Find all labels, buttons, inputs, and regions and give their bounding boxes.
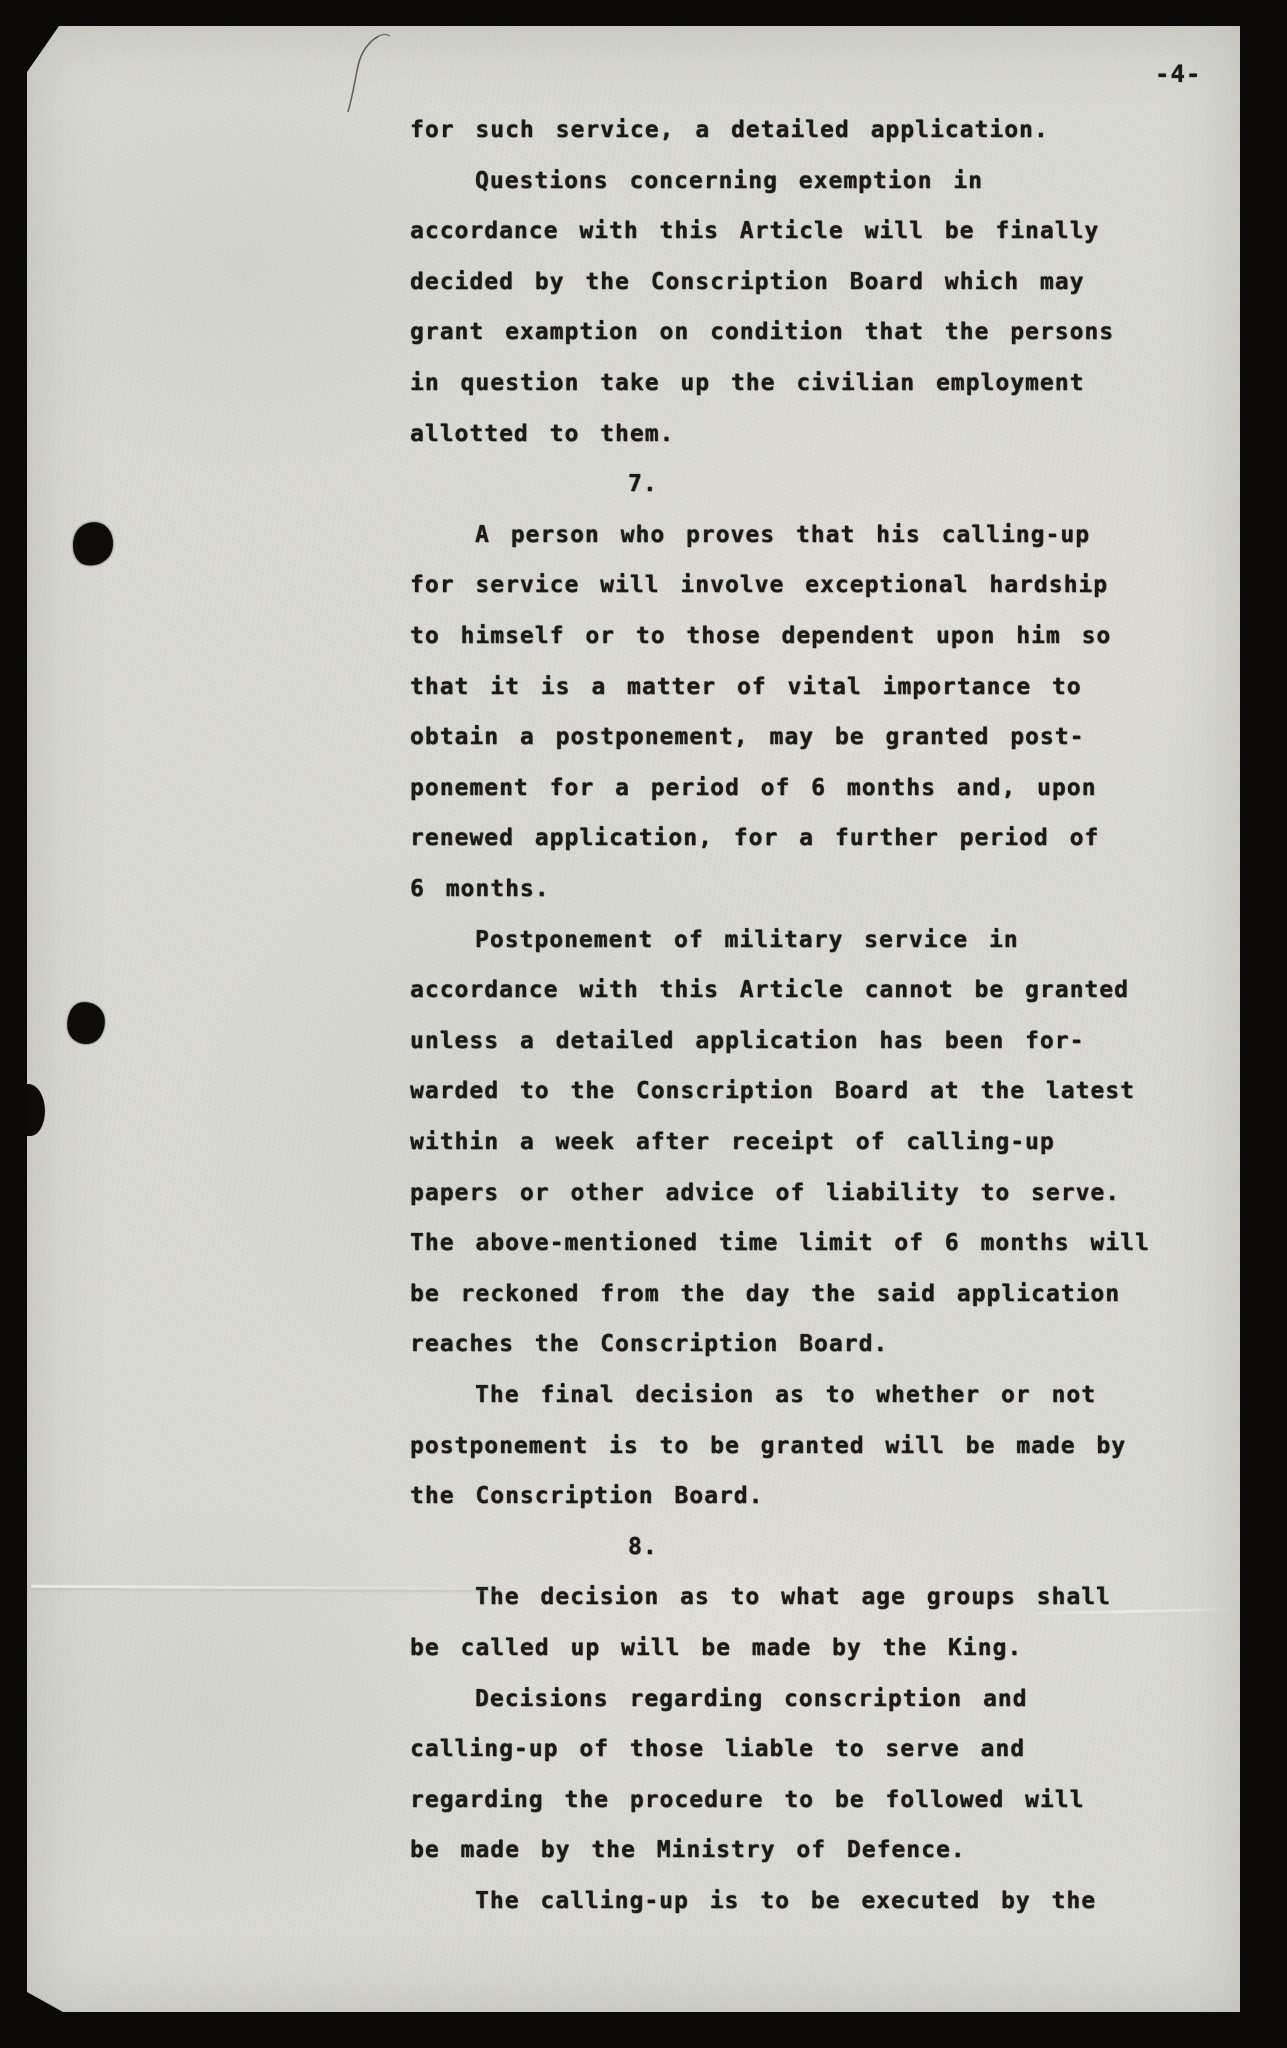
text-line: The calling-up is to be executed by the — [475, 1887, 1096, 1915]
text-line: decided by the Conscription Board which … — [410, 268, 1084, 296]
text-line: postponement is to be granted will be ma… — [410, 1432, 1126, 1460]
text-line: be called up will be made by the King. — [410, 1634, 1022, 1662]
text-line: 7. — [628, 470, 658, 498]
text-line: 6 months. — [410, 875, 550, 903]
text-line: to himself or to those dependent upon hi… — [410, 622, 1111, 650]
text-line: The final decision as to whether or not — [475, 1381, 1096, 1409]
text-line: the Conscription Board. — [410, 1482, 764, 1510]
text-line: ponement for a period of 6 months and, u… — [410, 774, 1096, 802]
text-line: within a week after receipt of calling-u… — [410, 1128, 1055, 1156]
text-line: regarding the procedure to be followed w… — [410, 1786, 1084, 1814]
text-line: renewed application, for a further perio… — [410, 824, 1099, 852]
text-line: A person who proves that his calling-up — [475, 521, 1090, 549]
text-line: that it is a matter of vital importance … — [410, 673, 1082, 701]
text-line: be made by the Ministry of Defence. — [410, 1836, 966, 1864]
text-line: accordance with this Article will be fin… — [410, 217, 1099, 245]
text-line: The decision as to what age groups shall — [475, 1583, 1111, 1611]
text-line: Questions concerning exemption in — [475, 167, 983, 195]
text-line: 8. — [628, 1533, 658, 1561]
text-line: Decisions regarding conscription and — [475, 1685, 1028, 1713]
document-page: -4- for such service, a detailed applica… — [27, 26, 1240, 2012]
text-line: warded to the Conscription Board at the … — [410, 1077, 1135, 1105]
text-line: papers or other advice of liability to s… — [410, 1179, 1120, 1207]
text-line: be reckoned from the day the said applic… — [410, 1280, 1120, 1308]
text-line: for such service, a detailed application… — [410, 116, 1049, 144]
text-line: accordance with this Article cannot be g… — [410, 976, 1129, 1004]
text-line: obtain a postponement, may be granted po… — [410, 723, 1084, 751]
text-line: in question take up the civilian employm… — [410, 369, 1084, 397]
text-line: grant examption on condition that the pe… — [410, 318, 1114, 346]
text-line: reaches the Conscription Board. — [410, 1330, 888, 1358]
text-line: The above-mentioned time limit of 6 mont… — [410, 1229, 1150, 1257]
typewritten-text: for such service, a detailed application… — [27, 26, 1240, 2012]
text-line: calling-up of those liable to serve and — [410, 1735, 1025, 1763]
text-line: for service will involve exceptional har… — [410, 571, 1108, 599]
text-line: allotted to them. — [410, 420, 674, 448]
text-line: Postponement of military service in — [475, 926, 1019, 954]
scan-background: -4- for such service, a detailed applica… — [0, 0, 1287, 2048]
text-line: unless a detailed application has been f… — [410, 1027, 1084, 1055]
